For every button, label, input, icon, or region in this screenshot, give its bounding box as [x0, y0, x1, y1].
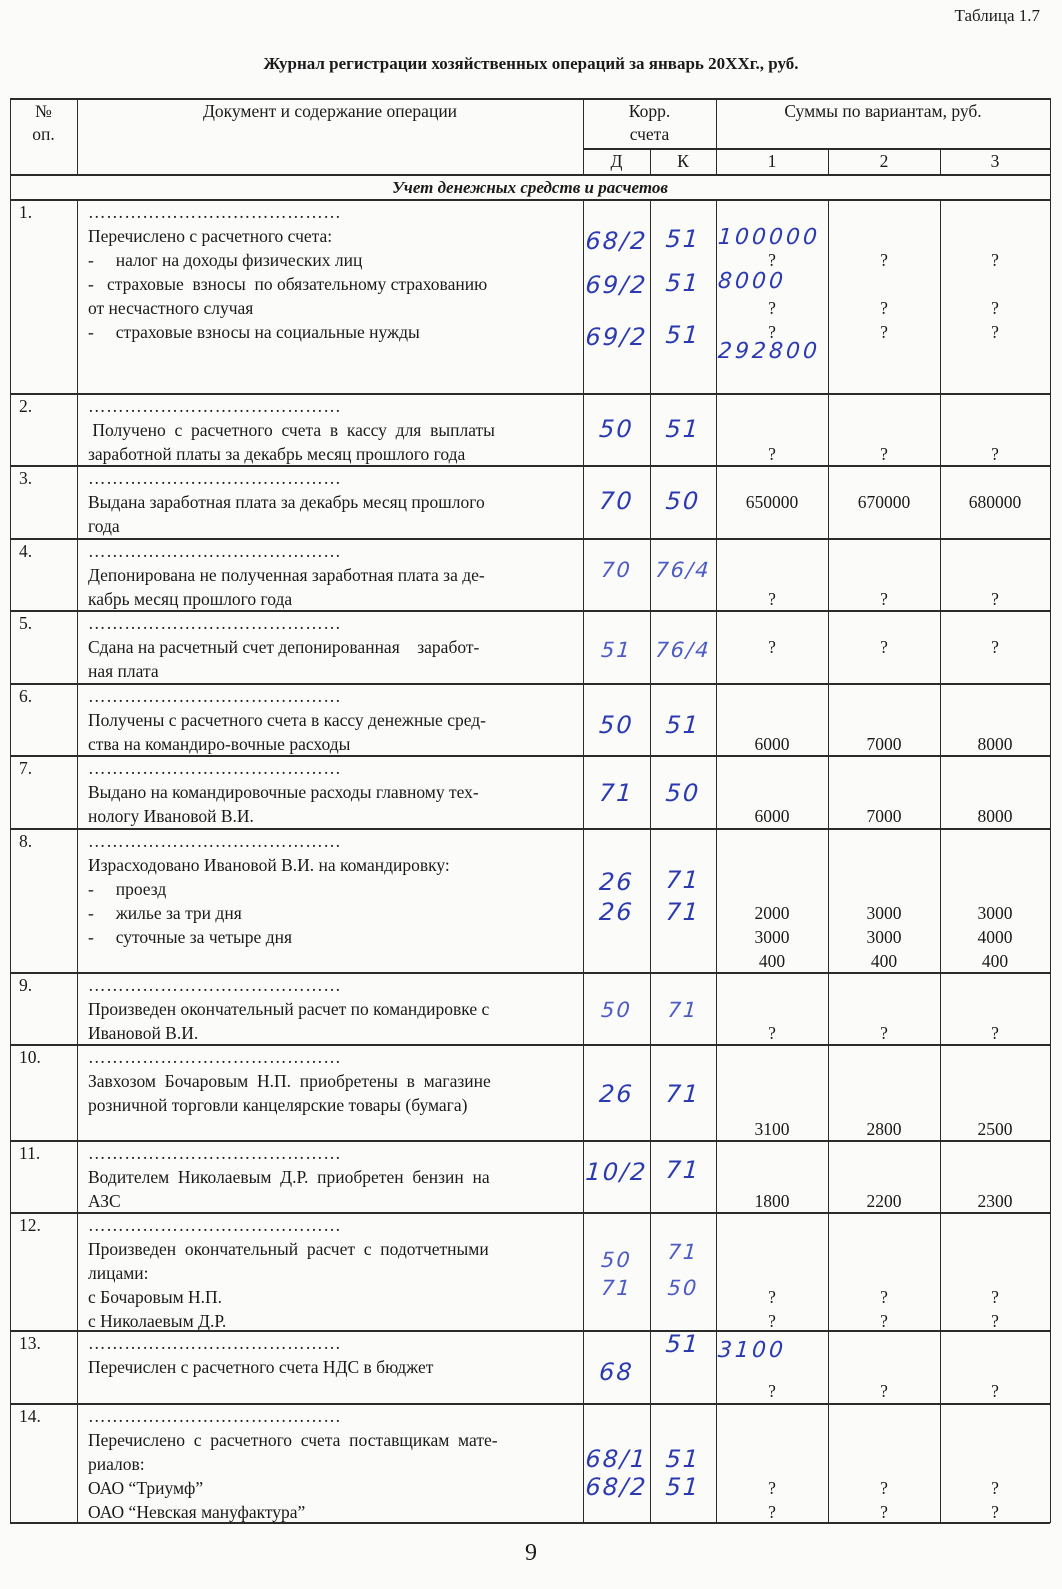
operation-description: ……………………………………Произведен окончательный р…	[88, 973, 576, 1045]
document-placeholder-dots: ……………………………………	[88, 1331, 576, 1355]
amount-variant-3: ?	[940, 1476, 1050, 1500]
document-placeholder-dots: ……………………………………	[88, 684, 576, 708]
amount-variant-1: ?	[716, 1285, 828, 1309]
credit-account: 50	[651, 487, 715, 515]
amount-variant-2: ?	[828, 1309, 940, 1333]
amount-variant-2: 7000	[828, 732, 940, 756]
amount-variant-2: ?	[828, 1476, 940, 1500]
amount-variant-3: ?	[940, 296, 1050, 320]
page-title: Журнал регистрации хозяйственных операци…	[0, 54, 1062, 74]
description-line: Сдана на расчетный счет депонированная з…	[88, 635, 576, 659]
operation-description: ……………………………………Водителем Николаевым Д.Р. …	[88, 1141, 576, 1213]
operation-number: 4.	[19, 539, 32, 563]
document-placeholder-dots: ……………………………………	[88, 973, 576, 997]
operation-description: ……………………………………Произведен окончательный р…	[88, 1213, 576, 1333]
amount-variant-1: ?	[716, 1309, 828, 1333]
description-line: - страховые взносы на социальные нужды	[88, 320, 576, 344]
amount-variant-3: 680000	[940, 490, 1050, 514]
operation-number: 5.	[19, 611, 32, 635]
amount-variant-3: 8000	[940, 804, 1050, 828]
description-line: - проезд	[88, 877, 576, 901]
debit-account: 68	[584, 1358, 649, 1386]
amount-variant-2: 670000	[828, 490, 940, 514]
description-line: Перечислено с расчетного счета:	[88, 224, 576, 248]
amount-variant-3: ?	[940, 635, 1050, 659]
description-line: с Николаевым Д.Р.	[88, 1309, 576, 1333]
credit-account: 50	[651, 1276, 715, 1300]
handwritten-amount: 3100	[717, 1338, 829, 1363]
amount-variant-2: ?	[828, 587, 940, 611]
debit-account: 71	[584, 1276, 649, 1300]
debit-account: 68/2	[584, 227, 649, 255]
description-line: Ивановой В.И.	[88, 1021, 576, 1045]
credit-account: 51	[651, 1445, 715, 1473]
operation-description: …………………………………… Получено с расчетного сче…	[88, 394, 576, 466]
amount-variant-1: 650000	[716, 490, 828, 514]
debit-account: 69/2	[584, 323, 649, 351]
debit-account: 68/2	[584, 1473, 649, 1501]
amount-variant-3: ?	[940, 442, 1050, 466]
credit-account: 50	[651, 779, 715, 807]
description-line: кабрь месяц прошлого года	[88, 587, 576, 611]
description-line: Получены с расчетного счета в кассу дене…	[88, 708, 576, 732]
description-line: Израсходовано Ивановой В.И. на командиро…	[88, 853, 576, 877]
document-placeholder-dots: ……………………………………	[88, 1045, 576, 1069]
operation-number: 11.	[19, 1141, 40, 1165]
credit-account: 51	[651, 225, 715, 253]
amount-variant-1: 400	[716, 949, 828, 973]
amount-variant-2: 400	[828, 949, 940, 973]
description-line: - суточные за четыре дня	[88, 925, 576, 949]
document-placeholder-dots: ……………………………………	[88, 756, 576, 780]
description-line: заработной платы за декабрь месяц прошло…	[88, 442, 576, 466]
document-placeholder-dots: ……………………………………	[88, 1404, 576, 1428]
handwritten-amount: 292800	[717, 339, 829, 364]
header-no-op: оп.	[10, 123, 77, 146]
amount-variant-2: 3000	[828, 925, 940, 949]
amount-variant-2: ?	[828, 1500, 940, 1524]
amount-variant-2: ?	[828, 635, 940, 659]
description-line: - налог на доходы физических лиц	[88, 248, 576, 272]
credit-account: 71	[651, 898, 715, 926]
amount-variant-1: ?	[716, 1500, 828, 1524]
description-line: ства на командиро-вочные расходы	[88, 732, 576, 756]
credit-account: 71	[651, 866, 715, 894]
page-number: 9	[0, 1540, 1062, 1567]
operation-description: ……………………………………Израсходовано Ивановой В.И…	[88, 829, 576, 949]
document-placeholder-dots: ……………………………………	[88, 1213, 576, 1237]
debit-account: 70	[584, 487, 649, 515]
column-divider	[650, 199, 651, 1522]
amount-variant-3: 4000	[940, 925, 1050, 949]
operation-number: 10.	[19, 1045, 41, 1069]
credit-account: 71	[651, 1156, 715, 1184]
description-line: года	[88, 514, 576, 538]
header-col-debit: Д	[583, 150, 650, 173]
amount-variant-1: ?	[716, 1021, 828, 1045]
amount-variant-1: 3100	[716, 1117, 828, 1141]
amount-variant-3: ?	[940, 1309, 1050, 1333]
debit-account: 71	[584, 779, 649, 807]
amount-variant-2: ?	[828, 442, 940, 466]
document-placeholder-dots: ……………………………………	[88, 611, 576, 635]
amount-variant-3: ?	[940, 587, 1050, 611]
amount-variant-1: ?	[716, 587, 828, 611]
header-col-credit: К	[650, 150, 716, 173]
amount-variant-2: 2200	[828, 1189, 940, 1213]
operation-number: 9.	[19, 973, 32, 997]
document-placeholder-dots: ……………………………………	[88, 1141, 576, 1165]
debit-account: 50	[584, 1248, 649, 1272]
amount-variant-2: ?	[828, 248, 940, 272]
credit-account: 51	[651, 711, 715, 739]
debit-account: 50	[584, 998, 649, 1022]
header-variant-3: 3	[940, 150, 1050, 173]
column-divider	[10, 98, 11, 1523]
debit-account: 26	[584, 898, 649, 926]
amount-variant-3: ?	[940, 248, 1050, 272]
document-placeholder-dots: ……………………………………	[88, 829, 576, 853]
amount-variant-3: 2300	[940, 1189, 1050, 1213]
description-line: - жилье за три дня	[88, 901, 576, 925]
operation-description: ……………………………………Перечислено с расчетного с…	[88, 1404, 576, 1524]
description-line: розничной торговли канцелярские товары (…	[88, 1093, 576, 1117]
description-line: Выдана заработная плата за декабрь месяц…	[88, 490, 576, 514]
amount-variant-1: 2000	[716, 901, 828, 925]
description-line: Произведен окончательный расчет по коман…	[88, 997, 576, 1021]
header-col-doc: Документ и содержание операции	[77, 100, 583, 123]
description-line: нологу Ивановой В.И.	[88, 804, 576, 828]
amount-variant-1: 1800	[716, 1189, 828, 1213]
debit-account: 70	[584, 558, 649, 582]
credit-account: 51	[651, 321, 715, 349]
handwritten-amount: 8000	[717, 269, 829, 294]
credit-account: 71	[651, 1240, 715, 1264]
operation-description: ……………………………………Выдана заработная плата за…	[88, 466, 576, 538]
operation-number: 8.	[19, 829, 32, 853]
operation-number: 13.	[19, 1331, 41, 1355]
debit-account: 50	[584, 711, 649, 739]
description-line: ОАО “Невская мануфактура”	[88, 1500, 576, 1524]
amount-variant-2: 2800	[828, 1117, 940, 1141]
amount-variant-1: 6000	[716, 732, 828, 756]
document-placeholder-dots: ……………………………………	[88, 466, 576, 490]
description-line: Завхозом Бочаровым Н.П. приобретены в ма…	[88, 1069, 576, 1093]
table-label: Таблица 1.7	[955, 6, 1040, 26]
debit-account: 26	[584, 1080, 649, 1108]
header-variant-1: 1	[716, 150, 828, 173]
header-col-corr: Корр. счета	[583, 100, 716, 146]
header-corr-line1: Корр.	[583, 100, 716, 123]
amount-variant-2: 7000	[828, 804, 940, 828]
document-placeholder-dots: ……………………………………	[88, 200, 576, 224]
section-heading: Учет денежных средств и расчетов	[10, 176, 1050, 200]
amount-variant-1: ?	[716, 1476, 828, 1500]
operation-number: 14.	[19, 1404, 41, 1428]
amount-variant-3: 8000	[940, 732, 1050, 756]
description-line: лицами:	[88, 1261, 576, 1285]
operation-number: 6.	[19, 684, 32, 708]
description-line: - страховые взносы по обязательному стра…	[88, 272, 576, 296]
amount-variant-2: ?	[828, 1021, 940, 1045]
description-line: Депонирована не полученная заработная пл…	[88, 563, 576, 587]
operation-description: ……………………………………Депонирована не полученная…	[88, 539, 576, 611]
operation-description: ……………………………………Получены с расчетного счет…	[88, 684, 576, 756]
amount-variant-1: ?	[716, 442, 828, 466]
description-line: от несчастного случая	[88, 296, 576, 320]
credit-account: 71	[651, 1080, 715, 1108]
operation-number: 12.	[19, 1213, 41, 1237]
operation-number: 7.	[19, 756, 32, 780]
debit-account: 69/2	[584, 271, 649, 299]
column-divider	[1050, 98, 1051, 1523]
operation-description: ……………………………………Сдана на расчетный счет де…	[88, 611, 576, 683]
handwritten-amount: 100000	[717, 225, 829, 250]
amount-variant-1: 6000	[716, 804, 828, 828]
document-placeholder-dots: ……………………………………	[88, 394, 576, 418]
operation-number: 1.	[19, 200, 32, 224]
description-line: Перечислен с расчетного счета НДС в бюдж…	[88, 1355, 576, 1379]
amount-variant-1: ?	[716, 1379, 828, 1403]
credit-account: 76/4	[651, 638, 715, 662]
debit-account: 26	[584, 868, 649, 896]
credit-account: 71	[651, 998, 715, 1022]
amount-variant-2: ?	[828, 1285, 940, 1309]
amount-variant-3: ?	[940, 1285, 1050, 1309]
description-line: ная плата	[88, 659, 576, 683]
debit-account: 68/1	[584, 1445, 649, 1473]
operation-description: ……………………………………Завхозом Бочаровым Н.П. пр…	[88, 1045, 576, 1117]
header-no-symbol: №	[10, 100, 77, 123]
amount-variant-3: ?	[940, 1379, 1050, 1403]
amount-variant-2: ?	[828, 296, 940, 320]
document-placeholder-dots: ……………………………………	[88, 539, 576, 563]
description-line: АЗС	[88, 1189, 576, 1213]
column-divider	[77, 199, 78, 1522]
amount-variant-3: ?	[940, 1021, 1050, 1045]
operation-number: 2.	[19, 394, 32, 418]
amount-variant-2: ?	[828, 1379, 940, 1403]
description-line: Получено с расчетного счета в кассу для …	[88, 418, 576, 442]
credit-account: 51	[651, 269, 715, 297]
amount-variant-3: ?	[940, 1500, 1050, 1524]
operation-description: ……………………………………Перечислено с расчетного с…	[88, 200, 576, 344]
description-line: Выдано на командировочные расходы главно…	[88, 780, 576, 804]
credit-account: 51	[651, 415, 715, 443]
description-line: ОАО “Триумф”	[88, 1476, 576, 1500]
amount-variant-3: 400	[940, 949, 1050, 973]
header-col-sums: Суммы по вариантам, руб.	[716, 100, 1050, 123]
credit-account: 76/4	[651, 558, 715, 582]
description-line: Перечислено с расчетного счета поставщик…	[88, 1428, 576, 1452]
amount-variant-1: ?	[716, 635, 828, 659]
description-line: Водителем Николаевым Д.Р. приобретен бен…	[88, 1165, 576, 1189]
credit-account: 51	[651, 1473, 715, 1501]
operation-description: ……………………………………Выдано на командировочные …	[88, 756, 576, 828]
header-corr-line2: счета	[583, 123, 716, 146]
description-line: с Бочаровым Н.П.	[88, 1285, 576, 1309]
header-variant-2: 2	[828, 150, 940, 173]
debit-account: 50	[584, 415, 649, 443]
amount-variant-3: ?	[940, 320, 1050, 344]
amount-variant-2: ?	[828, 320, 940, 344]
debit-account: 10/2	[584, 1158, 649, 1186]
column-divider	[583, 199, 584, 1522]
amount-variant-3: 3000	[940, 901, 1050, 925]
amount-variant-3: 2500	[940, 1117, 1050, 1141]
amount-variant-2: 3000	[828, 901, 940, 925]
header-col-no: № оп.	[10, 100, 77, 146]
credit-account: 51	[651, 1330, 715, 1358]
amount-variant-1: 3000	[716, 925, 828, 949]
description-line: риалов:	[88, 1452, 576, 1476]
debit-account: 51	[584, 638, 649, 662]
amount-variant-1: ?	[716, 296, 828, 320]
description-line: Произведен окончательный расчет с подотч…	[88, 1237, 576, 1261]
operation-number: 3.	[19, 466, 32, 490]
operation-description: ……………………………………Перечислен с расчетного сч…	[88, 1331, 576, 1379]
